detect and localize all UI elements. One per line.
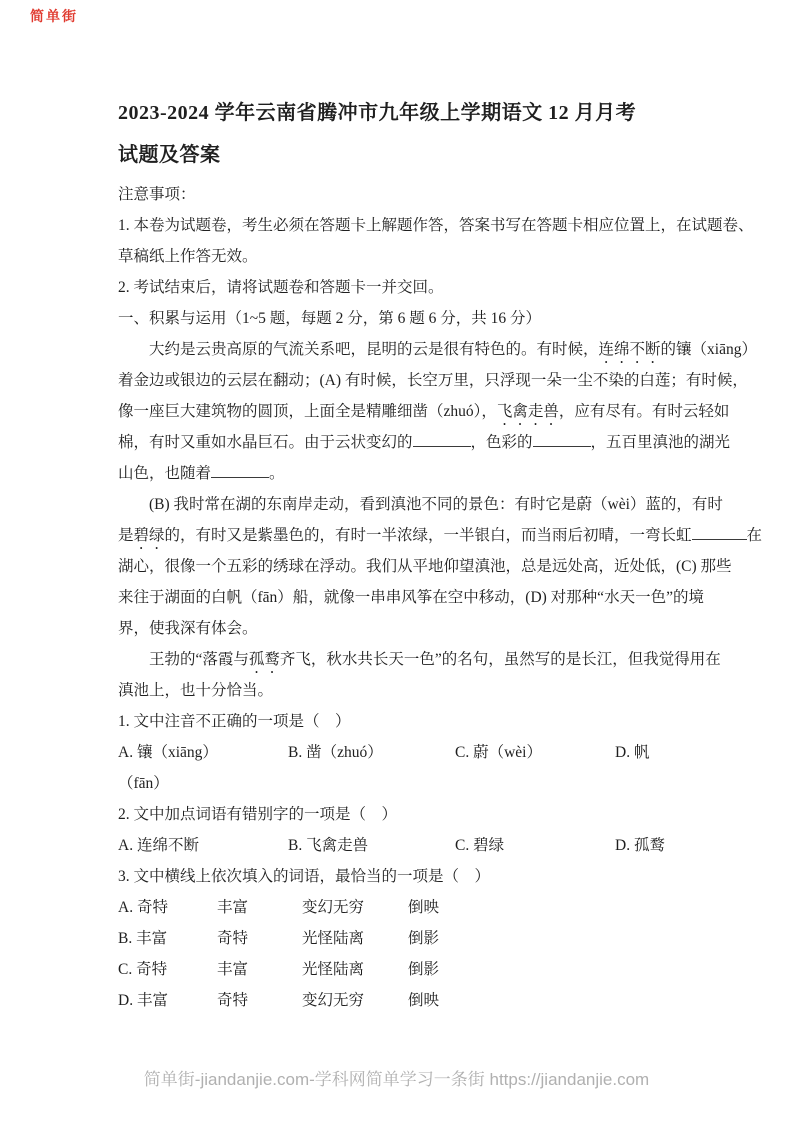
text-line: (B) 我时常在湖的东南岸走动，看到滇池不同的景色：有时它是蔚（wèi）蓝的，有… xyxy=(118,489,680,520)
text-run: 奇特 xyxy=(217,923,248,954)
text-line: 湖心，很像一个五彩的绣球在浮动。我们从平地仰望滇池，总是远处高，近处低，(C) … xyxy=(118,551,680,582)
text-run: 滇池上，也十分恰当。 xyxy=(118,682,273,699)
text-line: 2. 文中加点词语有错别字的一项是（ ） xyxy=(118,799,680,830)
text-run: 倒映 xyxy=(408,985,439,1016)
text-run: 山色，也随着 xyxy=(118,465,211,482)
blank-underline xyxy=(533,430,591,447)
text-run: 倒影 xyxy=(408,954,439,985)
text-run: 是 xyxy=(118,527,134,544)
text-run: C. 碧绿 xyxy=(455,830,504,861)
text-line: 棉，有时又重如水晶巨石。由于云状变幻的，色彩的，五百里滇池的湖光 xyxy=(118,427,680,458)
text-run: A. 奇特 xyxy=(118,892,168,923)
text-run: 来往于湖面的白帆（fān）船，就像一串串风筝在空中移动，(D) 对那种“水天一色… xyxy=(118,589,704,606)
footer-credit: 简单街-jiandanjie.com-学科网简单学习一条街 https://ji… xyxy=(0,1068,793,1092)
text-run: 湖心，很像一个五彩的绣球在浮动。我们从平地仰望滇池，总是远处高，近处低，(C) … xyxy=(118,558,732,575)
text-run: 丰富 xyxy=(217,954,248,985)
text-line: 大约是云贵高原的气流关系吧，昆明的云是很有特色的。有时候，连绵不断的镶（xiān… xyxy=(118,334,680,365)
text-line: 山色，也随着。 xyxy=(118,458,680,489)
title-line-1: 2023-2024 学年云南省腾冲市九年级上学期语文 12 月月考 xyxy=(118,92,678,134)
text-run: A. 镶（xiāng） xyxy=(118,737,218,768)
text-line: B. 丰富奇特光怪陆离倒影 xyxy=(118,923,680,954)
text-run: 大约是云贵高原的气流关系吧，昆明的云是很有特色的。有时候， xyxy=(149,341,599,358)
text-run: B. 飞禽走兽 xyxy=(288,830,368,861)
text-line: 一、积累与运用（1~5 题，每题 2 分，第 6 题 6 分，共 16 分） xyxy=(118,303,680,334)
text-run: 变幻无穷 xyxy=(302,985,364,1016)
blank-underline xyxy=(692,523,747,540)
text-run: 王勃的“落霞与 xyxy=(149,651,249,668)
text-line: 注意事项： xyxy=(118,179,680,210)
text-line: C. 奇特丰富光怪陆离倒影 xyxy=(118,954,680,985)
text-run: 光怪陆离 xyxy=(302,954,364,985)
text-line: （fān） xyxy=(118,768,680,799)
text-run: D. 帆 xyxy=(615,737,649,768)
text-run: C. 奇特 xyxy=(118,954,167,985)
text-line: 界，使我深有体会。 xyxy=(118,613,680,644)
text-line: 1. 文中注音不正确的一项是（ ） xyxy=(118,706,680,737)
text-line: 像一座巨大建筑物的圆顶，上面全是精雕细凿（zhuó），飞禽走兽，应有尽有。有时云… xyxy=(118,396,680,427)
text-run: 倒映 xyxy=(408,892,439,923)
text-run: D. 丰富 xyxy=(118,985,168,1016)
text-run: 丰富 xyxy=(217,892,248,923)
text-run: B. 凿（zhuó） xyxy=(288,737,383,768)
text-run: 变幻无穷 xyxy=(302,892,364,923)
emphasized-text: 连绵不断 xyxy=(599,341,661,358)
text-run: 着金边或银边的云层在翻动；(A) 有时候，长空万里，只浮现一朵一尘不染的白莲；有… xyxy=(118,372,748,389)
text-run: 倒影 xyxy=(408,923,439,954)
site-logo-watermark: 简单街 xyxy=(30,6,78,26)
text-run: （fān） xyxy=(118,775,169,792)
document-page: 简单街 2023-2024 学年云南省腾冲市九年级上学期语文 12 月月考 试题… xyxy=(0,0,793,1122)
text-line: 是碧绿的，有时又是紫墨色的，有时一半浓绿，一半银白，而当雨后初晴，一弯长虹在 xyxy=(118,520,680,551)
text-run: 在 xyxy=(747,527,763,544)
text-line: 3. 文中横线上依次填入的词语，最恰当的一项是（ ） xyxy=(118,861,680,892)
text-line: 2. 考试结束后，请将试题卷和答题卡一并交回。 xyxy=(118,272,680,303)
text-run: 奇特 xyxy=(217,985,248,1016)
text-run: 界，使我深有体会。 xyxy=(118,620,258,637)
blank-underline xyxy=(211,461,269,478)
text-run: 注意事项： xyxy=(118,186,196,203)
text-run: (B) 我时常在湖的东南岸走动，看到滇池不同的景色：有时它是蔚（wèi）蓝的，有… xyxy=(149,496,723,513)
text-run: 的镶（xiāng） xyxy=(661,341,757,358)
text-run: 。 xyxy=(269,465,285,482)
emphasized-text: 飞禽走兽 xyxy=(497,403,559,420)
emphasized-text: 孤鹜 xyxy=(249,651,280,668)
text-run: 2. 文中加点词语有错别字的一项是（ ） xyxy=(118,806,397,823)
text-run: ，色彩的 xyxy=(471,434,533,451)
text-line: 草稿纸上作答无效。 xyxy=(118,241,680,272)
text-run: B. 丰富 xyxy=(118,923,167,954)
page-title: 2023-2024 学年云南省腾冲市九年级上学期语文 12 月月考 试题及答案 xyxy=(118,92,678,176)
text-run: ，应有尽有。有时云轻如 xyxy=(559,403,730,420)
text-run: A. 连绵不断 xyxy=(118,830,199,861)
text-line: 来往于湖面的白帆（fān）船，就像一串串风筝在空中移动，(D) 对那种“水天一色… xyxy=(118,582,680,613)
text-line: 着金边或银边的云层在翻动；(A) 有时候，长空万里，只浮现一朵一尘不染的白莲；有… xyxy=(118,365,680,396)
blank-underline xyxy=(413,430,471,447)
text-run: 3. 文中横线上依次填入的词语，最恰当的一项是（ ） xyxy=(118,868,490,885)
text-run: 光怪陆离 xyxy=(302,923,364,954)
text-line: A. 镶（xiāng）B. 凿（zhuó）C. 蔚（wèi）D. 帆 xyxy=(118,737,680,768)
text-run: 像一座巨大建筑物的圆顶，上面全是精雕细凿（zhuó）， xyxy=(118,403,497,420)
text-run: 棉，有时又重如水晶巨石。由于云状变幻的 xyxy=(118,434,413,451)
text-run: 2. 考试结束后，请将试题卷和答题卡一并交回。 xyxy=(118,279,444,296)
text-run: C. 蔚（wèi） xyxy=(455,737,542,768)
text-run: D. 孤鹜 xyxy=(615,830,665,861)
text-run: 草稿纸上作答无效。 xyxy=(118,248,258,265)
text-line: A. 连绵不断B. 飞禽走兽C. 碧绿D. 孤鹜 xyxy=(118,830,680,861)
text-run: 的，有时又是紫墨色的，有时一半浓绿，一半银白，而当雨后初晴，一弯长虹 xyxy=(165,527,692,544)
text-line: 1. 本卷为试题卷，考生必须在答题卡上解题作答，答案书写在答题卡相应位置上，在试… xyxy=(118,210,680,241)
text-run: 1. 本卷为试题卷，考生必须在答题卡上解题作答，答案书写在答题卡相应位置上，在试… xyxy=(118,217,754,234)
emphasized-text: 碧绿 xyxy=(134,527,165,544)
text-run: 齐飞，秋水共长天一色”的名句，虽然写的是长江，但我觉得用在 xyxy=(280,651,721,668)
text-line: 滇池上，也十分恰当。 xyxy=(118,675,680,706)
text-run: 1. 文中注音不正确的一项是（ ） xyxy=(118,713,351,730)
text-run: 一、积累与运用（1~5 题，每题 2 分，第 6 题 6 分，共 16 分） xyxy=(118,310,541,327)
text-line: 王勃的“落霞与孤鹜齐飞，秋水共长天一色”的名句，虽然写的是长江，但我觉得用在 xyxy=(118,644,680,675)
text-line: D. 丰富奇特变幻无穷倒映 xyxy=(118,985,680,1016)
text-line: A. 奇特丰富变幻无穷倒映 xyxy=(118,892,680,923)
title-line-2: 试题及答案 xyxy=(118,134,678,176)
document-body: 注意事项：1. 本卷为试题卷，考生必须在答题卡上解题作答，答案书写在答题卡相应位… xyxy=(118,179,680,1016)
text-run: ，五百里滇池的湖光 xyxy=(591,434,731,451)
